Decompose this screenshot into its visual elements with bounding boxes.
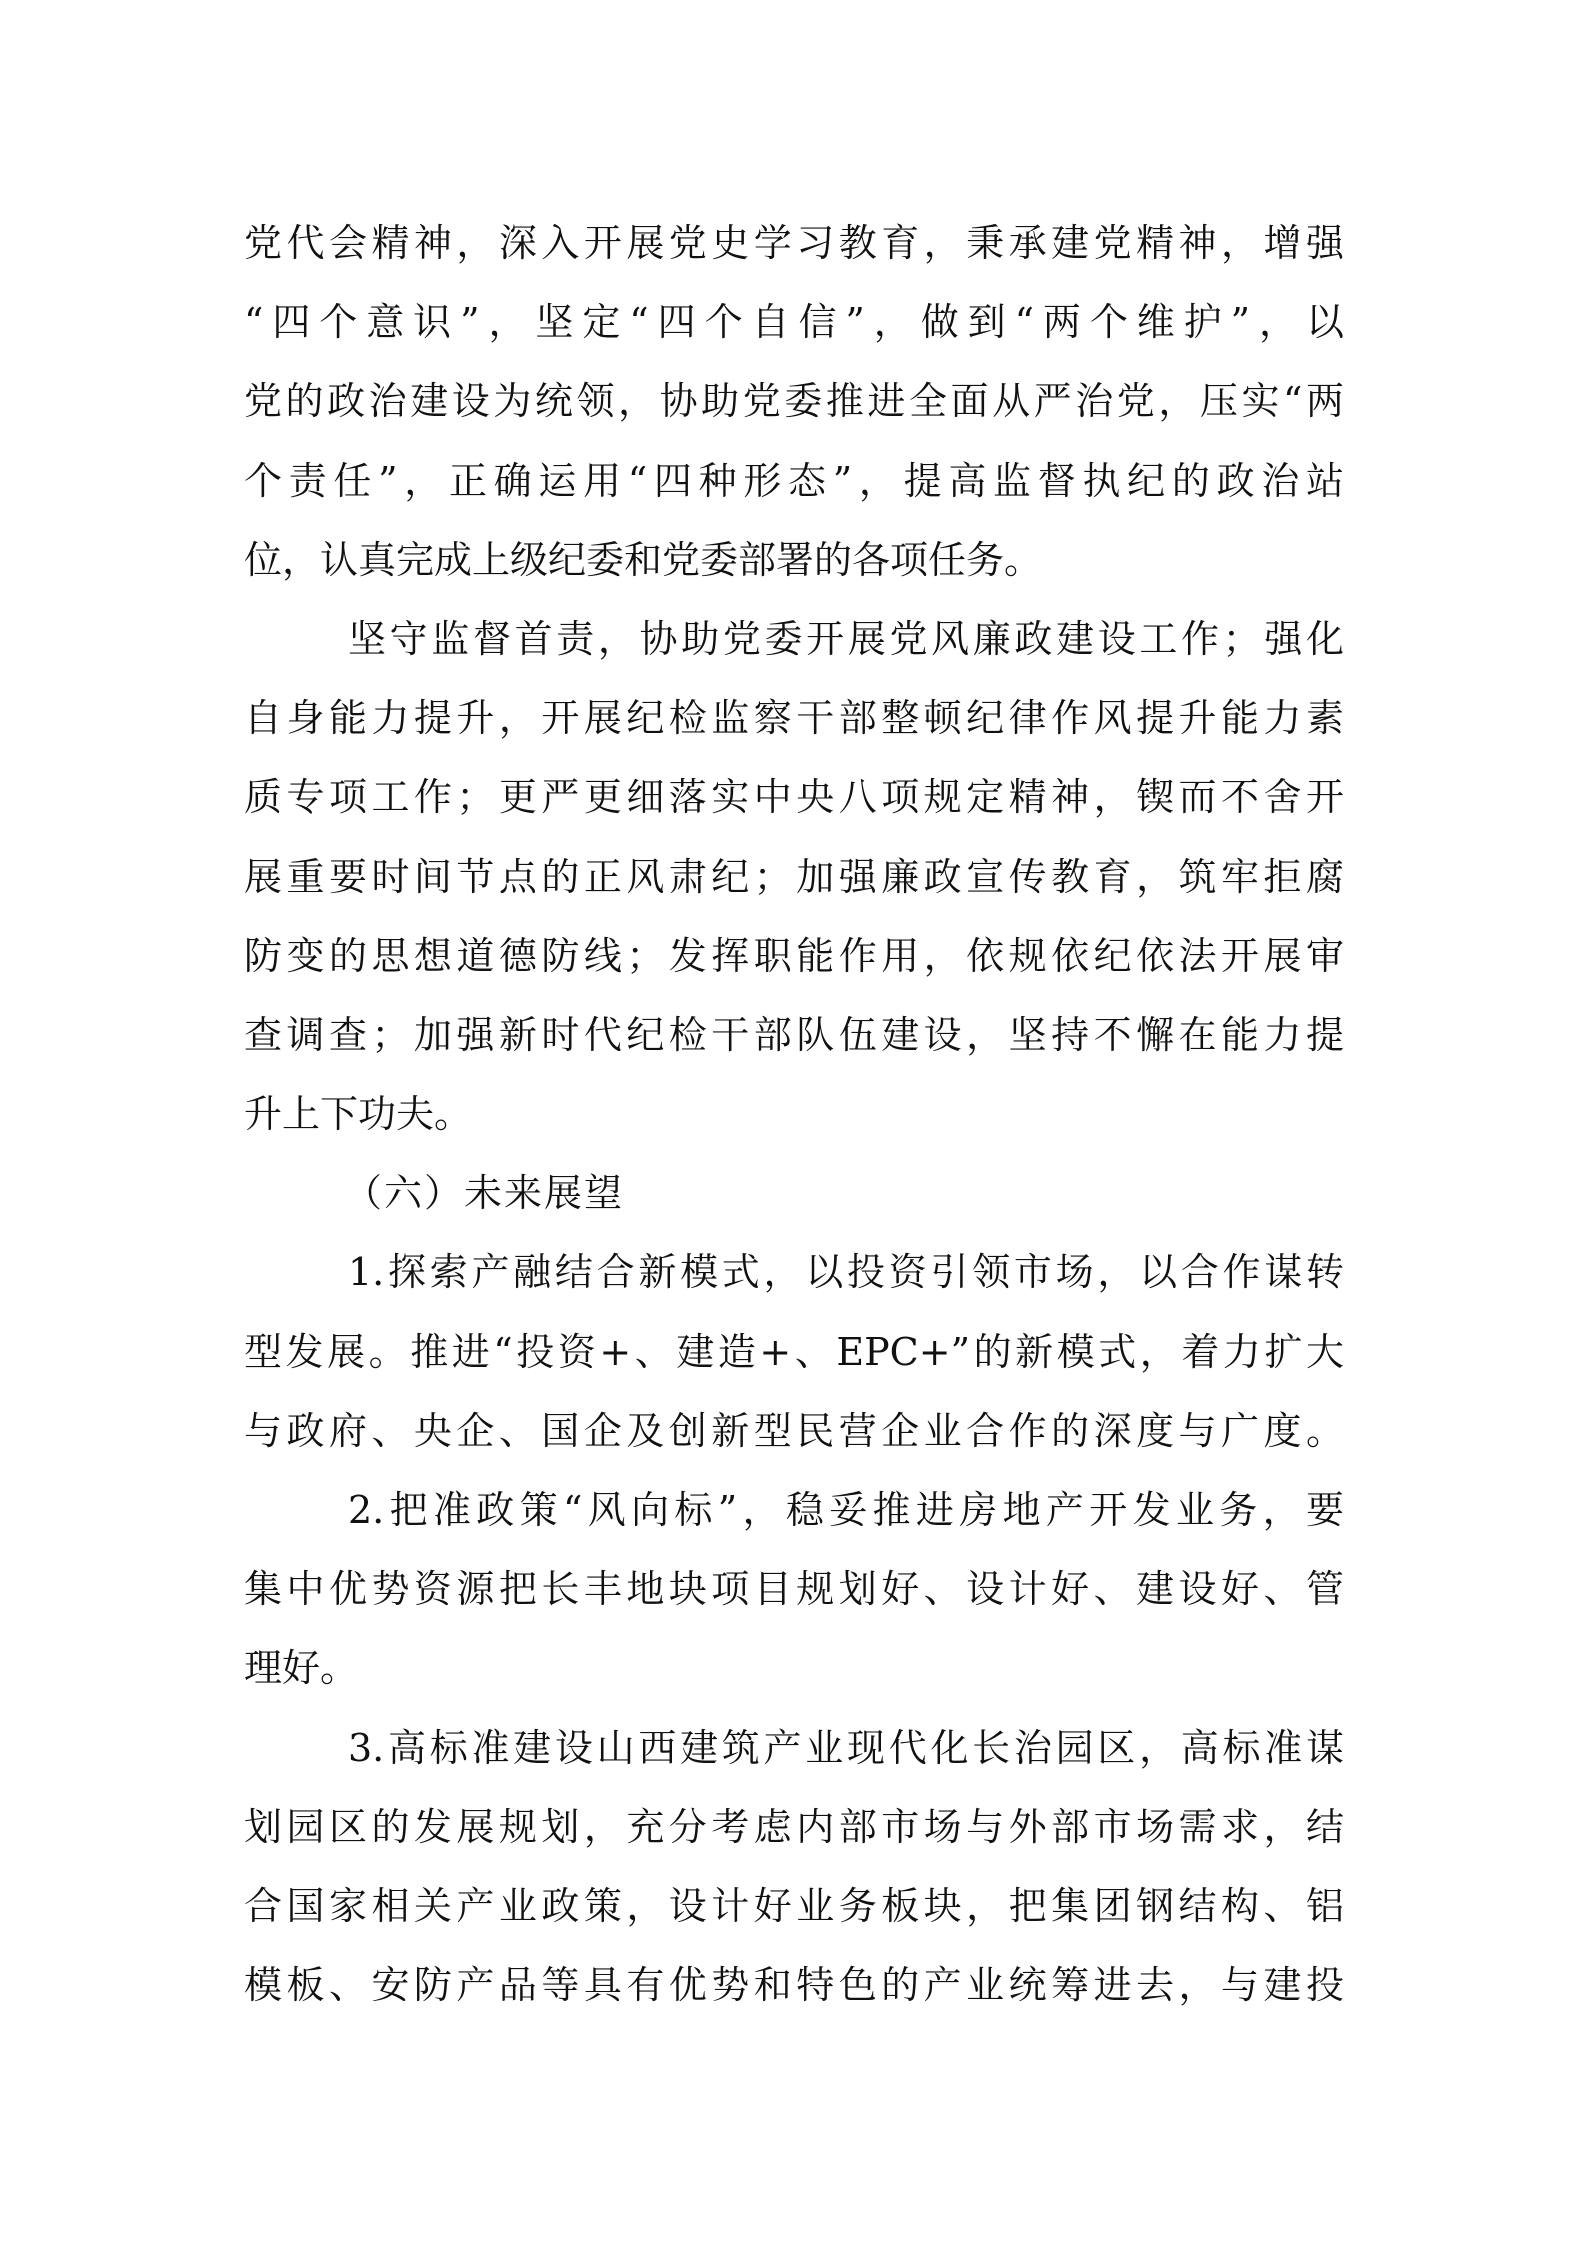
paragraph-2-line-6: 查调查；加强新时代纪检干部队伍建设，坚持不懈在能力提 [244,996,1344,1075]
item-3-line-4: 模板、安防产品等具有优势和特色的产业统筹进去，与建投 [244,1946,1344,2025]
paragraph-2-line-7: 升上下功夫。 [244,1075,1344,1154]
item-2-line-1: 2.把准政策“风向标”，稳妥推进房地产开发业务，要 [244,1471,1344,1550]
item-2-line-2: 集中优势资源把长丰地块项目规划好、设计好、建设好、管 [244,1550,1344,1629]
item-3-line-1: 3.高标准建设山西建筑产业现代化长治园区，高标准谋 [244,1709,1344,1788]
paragraph-2-line-1: 坚守监督首责，协助党委开展党风廉政建设工作；强化 [244,600,1344,679]
document-body: 党代会精神，深入开展党史学习教育，秉承建党精神，增强 “四个意识”，坚定“四个自… [244,204,1344,2025]
paragraph-1-line-5: 位，认真完成上级纪委和党委部署的各项任务。 [244,521,1344,600]
item-1-line-3: 与政府、央企、国企及创新型民营企业合作的深度与广度。 [244,1392,1344,1471]
paragraph-1-line-3: 党的政治建设为统领，协助党委推进全面从严治党，压实“两 [244,362,1344,441]
item-1-line-2: 型发展。推进“投资+、建造+、EPC+”的新模式，着力扩大 [244,1313,1344,1392]
paragraph-1-line-4: 个责任”，正确运用“四种形态”，提高监督执纪的政治站 [244,442,1344,521]
item-1-line-1: 1.探索产融结合新模式，以投资引领市场，以合作谋转 [244,1233,1344,1312]
document-page: 党代会精神，深入开展党史学习教育，秉承建党精神，增强 “四个意识”，坚定“四个自… [0,0,1587,2245]
paragraph-1-line-2: “四个意识”，坚定“四个自信”，做到“两个维护”，以 [244,283,1344,362]
item-3-line-2: 划园区的发展规划，充分考虑内部市场与外部市场需求，结 [244,1788,1344,1867]
item-3-line-3: 合国家相关产业政策，设计好业务板块，把集团钢结构、铝 [244,1867,1344,1946]
paragraph-2-line-4: 展重要时间节点的正风肃纪；加强廉政宣传教育，筑牢拒腐 [244,838,1344,917]
section-heading: （六）未来展望 [244,1154,1344,1233]
paragraph-2-line-2: 自身能力提升，开展纪检监察干部整顿纪律作风提升能力素 [244,679,1344,758]
item-2-line-3: 理好。 [244,1629,1344,1708]
paragraph-2-line-5: 防变的思想道德防线；发挥职能作用，依规依纪依法开展审 [244,917,1344,996]
paragraph-1-line-1: 党代会精神，深入开展党史学习教育，秉承建党精神，增强 [244,204,1344,283]
paragraph-2-line-3: 质专项工作；更严更细落实中央八项规定精神，锲而不舍开 [244,758,1344,837]
